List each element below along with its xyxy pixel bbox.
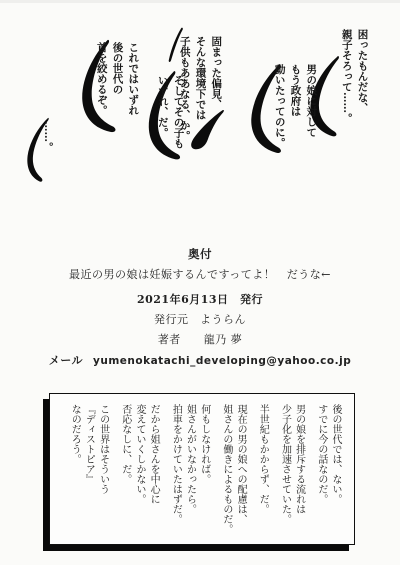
email-line: メールyumenokatachi_developing@yahoo.co.jp (0, 352, 400, 368)
afterword-paragraph: 男の娘を排斥する流れは 少子化を加速させていた。 (277, 404, 305, 536)
afterword-box: 後の世代では、ない。 すでに今の話なのだ。 男の娘を排斥する流れは 少子化を加速… (49, 393, 355, 545)
speech-bubble-text: ……。 (39, 121, 55, 153)
speech-bubble-text: そしてその子も いずれ、だ。 (154, 75, 186, 149)
afterword-paragraph: 後の世代では、ない。 すでに今の話なのだ。 (314, 404, 342, 536)
email-label: メール (49, 354, 83, 367)
doujin-colophon-page: 困ったもんだな、 親子そろって……。 男の娘に対して もう政府は 動いたってのに… (0, 0, 400, 565)
bubble-tail-stroke (188, 109, 224, 151)
colophon-heading: 奥付 (0, 246, 400, 262)
afterword-paragraph: この世界はそういう 『ディストピア』 なのだろう。 (67, 404, 110, 536)
afterword-text: 後の世代では、ない。 すでに今の話なのだ。 男の娘を排斥する流れは 少子化を加速… (50, 394, 354, 544)
afterword-paragraph: 半世紀もかからず、だ。 (255, 404, 269, 536)
afterword-paragraph: 何もしなければ。 姐さんがいなかったら。 拍車をかけていたはずだ。 (168, 404, 211, 536)
author-line: 著者 龍乃 夢 (0, 331, 400, 347)
afterword-paragraph: 現在の男の娘への配慮は、 姐さんの働きによるものだ。 (219, 404, 247, 536)
scan-artifact (0, 0, 400, 3)
email-address: yumenokatachi_developing@yahoo.co.jp (93, 355, 351, 367)
publisher-line: 発行元 ようらん (0, 311, 400, 327)
speech-bubble-text: 困ったもんだな、 親子そろって……。 (338, 29, 370, 124)
afterword-paragraph: だから姐さんを中心に 変えていくしかない。 否応なしに、だ。 (118, 404, 161, 536)
speech-bubble-text: 男の娘に対して もう政府は 動いたってのに。 (271, 64, 318, 148)
colophon-title: 最近の男の娘は妊娠するんですってよ！ だうな← (0, 266, 400, 282)
publication-date: 2021年6月13日 発行 (0, 291, 400, 307)
speech-bubble-text: これではいずれ 後の世代の 首を絞めるぞ。 (93, 42, 140, 116)
